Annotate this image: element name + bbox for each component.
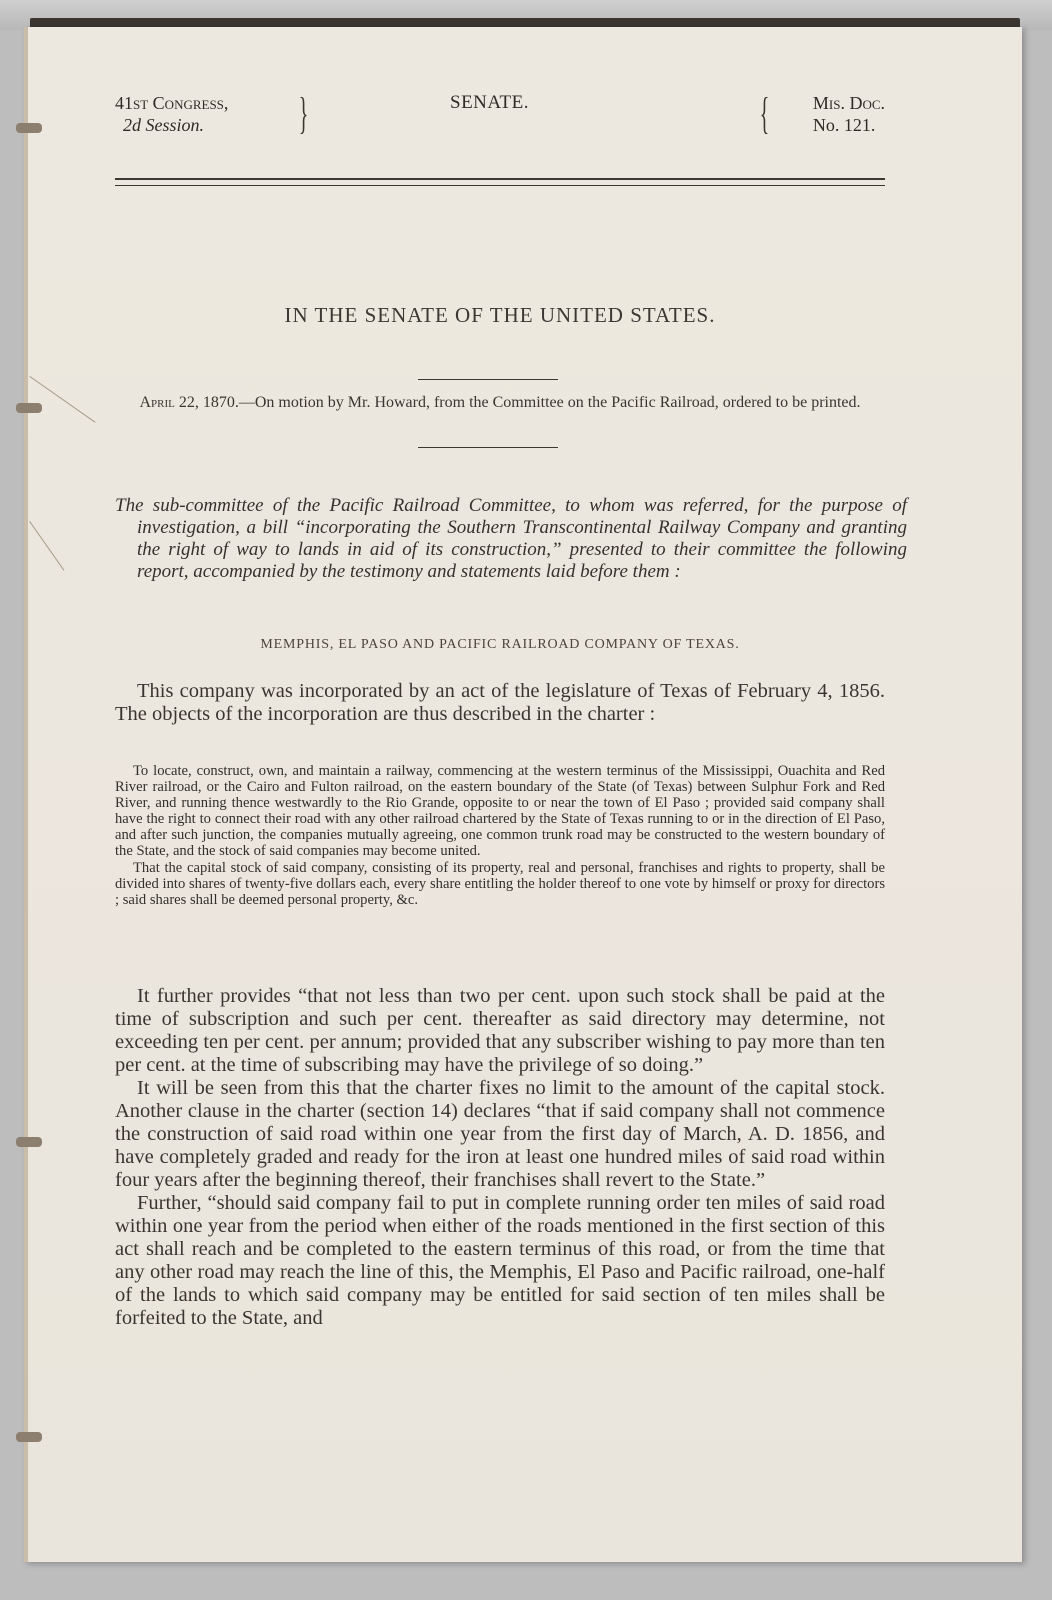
body-paragraph: This company was incorporated by an act … [115, 680, 885, 726]
report-introduction: The sub-committee of the Pacific Railroa… [115, 495, 907, 583]
doc-type-label: Mis. Doc. [813, 92, 885, 114]
paper-tear [29, 521, 64, 571]
section-heading: MEMPHIS, EL PASO AND PACIFIC RAILROAD CO… [115, 637, 885, 653]
chamber-label: SENATE. [450, 92, 529, 114]
binding-stitch [16, 1432, 42, 1442]
document-number: Mis. Doc. No. 121. [813, 92, 885, 136]
doc-number-label: No. 121. [813, 114, 885, 136]
body-block-2: It further provides “that not less than … [115, 985, 885, 1330]
right-brace-icon: } [299, 92, 309, 136]
congress-label: 41st Congress, [115, 92, 228, 114]
order-text: —On motion by Mr. Howard, from the Commi… [239, 394, 861, 411]
quote-paragraph: To locate, construct, own, and maintain … [115, 763, 885, 860]
binding-stitch [16, 1137, 42, 1147]
body-block-1: This company was incorporated by an act … [115, 680, 885, 726]
body-paragraph: Further, “should said company fail to pu… [115, 1192, 885, 1330]
document-header: 41st Congress, 2d Session. } SENATE. { M… [115, 92, 885, 152]
header-double-rule [115, 178, 885, 186]
order-line: April 22, 1870.—On motion by Mr. Howard,… [115, 393, 885, 412]
body-paragraph: It further provides “that not less than … [115, 985, 885, 1077]
binding-stitch [16, 403, 42, 413]
session-label: 2d Session. [115, 114, 228, 136]
page-title: IN THE SENATE OF THE UNITED STATES. [115, 303, 885, 328]
paper-tear [29, 376, 95, 423]
congress-session: 41st Congress, 2d Session. [115, 92, 228, 136]
order-date: April 22, 1870. [139, 394, 238, 411]
binding-stitch [16, 123, 42, 133]
charter-quotation: To locate, construct, own, and maintain … [115, 763, 885, 908]
body-paragraph: It will be seen from this that the chart… [115, 1077, 885, 1192]
quote-paragraph: That the capital stock of said company, … [115, 860, 885, 908]
divider-rule [418, 447, 558, 448]
page-spine [24, 27, 28, 1562]
divider-rule [418, 379, 558, 380]
left-brace-icon: { [760, 92, 770, 136]
